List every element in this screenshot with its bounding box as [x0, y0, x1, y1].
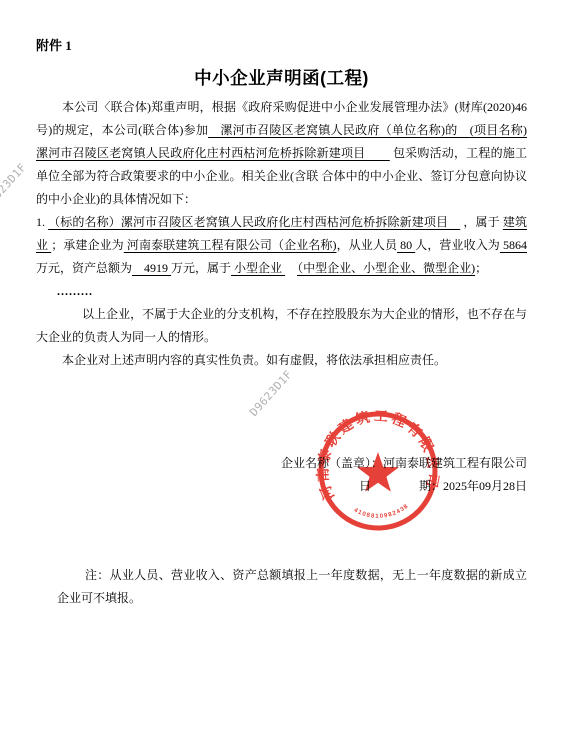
- underlined-text: （中型企业、小型企业、微型企业): [297, 261, 475, 275]
- attachment-label: 附件 1: [36, 38, 527, 54]
- text-segment: 1.: [36, 215, 48, 229]
- text-segment: 本企业对上述声明内容的真实性负责。如有虚假，将依法承担相应责任。: [62, 353, 446, 367]
- document-page: D9623D1F D9623D1F 附件 1 中小企业声明函(工程) 本公司〈联…: [0, 0, 563, 737]
- text-segment: ；承建企业为: [51, 238, 124, 252]
- text-segment: ，属于: [460, 215, 503, 229]
- company-label: 企业名称（盖章）：: [281, 456, 383, 470]
- signature-block: 企业名称（盖章）：河南泰联建筑工程有限公司 日 期：2025年09月28日: [36, 452, 527, 498]
- underlined-text: 4919: [132, 261, 171, 275]
- date-label: 日 期：: [359, 479, 443, 493]
- body: 本公司〈联合体)郑重声明，根据《政府采购促进中小企业发展管理办法》(财库(202…: [36, 96, 527, 372]
- text-segment: 万元，属于: [171, 261, 231, 275]
- company-seal-line: 企业名称（盖章）：河南泰联建筑工程有限公司: [36, 452, 527, 475]
- page-title: 中小企业声明函(工程): [36, 66, 527, 90]
- date-value: 2025年09月28日: [443, 479, 527, 493]
- company-name: 河南泰联建筑工程有限公司: [383, 456, 527, 470]
- underlined-text: 河南泰联建筑工程有限公司（企业名称): [124, 238, 337, 252]
- underlined-text: 5864: [500, 238, 527, 252]
- declaration-paragraph: 本公司〈联合体)郑重声明，根据《政府采购促进中小企业发展管理办法》(财库(202…: [36, 96, 527, 211]
- item-1-paragraph: 1. （标的名称）漯河市召陵区老窝镇人民政府化庄村西枯河危桥拆除新建项目 ，属于…: [36, 211, 527, 280]
- underlined-text: 小型企业: [231, 261, 285, 275]
- text-segment: ；: [475, 261, 487, 275]
- underlined-text: 漯河市召陵区老窝镇人民政府（单位名称)的: [208, 123, 470, 137]
- date-line: 日 期：2025年09月28日: [36, 475, 527, 498]
- text-segment: 人，营业收入为: [415, 238, 500, 252]
- text-segment: 万元，资产总额为: [36, 261, 132, 275]
- no-large-enterprise-paragraph: 以上企业，不属于大企业的分支机构，不存在控股股东为大企业的情形，也不存在与大企业…: [36, 303, 527, 349]
- footnote: 注：从业人员、营业收入、资产总额填报上一年度数据，无上一年度数据的新成立企业可不…: [57, 564, 527, 610]
- ellipsis-line: .........: [36, 280, 527, 303]
- underlined-text: （标的名称）漯河市召陵区老窝镇人民政府化庄村西枯河危桥拆除新建项目: [48, 215, 460, 229]
- text-segment: [285, 261, 297, 275]
- text-segment: 以上企业，不属于大企业的分支机构，不存在控股股东为大企业的情形，也不存在与大企业…: [36, 307, 527, 344]
- text-segment: ，从业人员: [336, 238, 397, 252]
- responsibility-paragraph: 本企业对上述声明内容的真实性负责。如有虚假，将依法承担相应责任。: [36, 349, 527, 372]
- text-segment: .........: [57, 284, 93, 298]
- document-content: 附件 1 中小企业声明函(工程) 本公司〈联合体)郑重声明，根据《政府采购促进中…: [0, 0, 563, 610]
- underlined-text: 80: [397, 238, 415, 252]
